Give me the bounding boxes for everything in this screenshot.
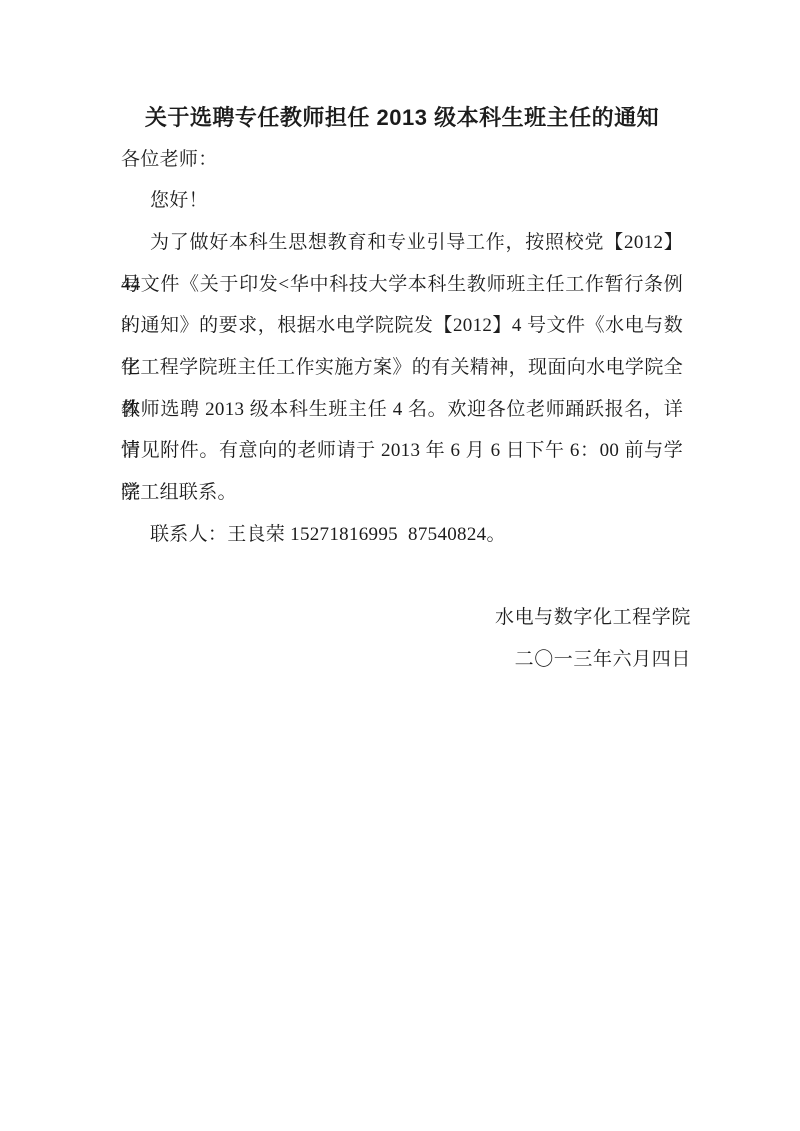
body-line: 教师选聘 2013 级本科生班主任 4 名。欢迎各位老师踊跃报名，详情 xyxy=(121,389,683,431)
body-line: 为了做好本科生思想教育和专业引导工作，按照校党【2012】44 xyxy=(121,222,683,264)
document-title: 关于选聘专任教师担任 2013 级本科生班主任的通知 xyxy=(121,97,683,139)
blank-line xyxy=(121,555,683,597)
body-line: 学工组联系。 xyxy=(121,472,683,514)
body-line: 的通知》的要求，根据水电学院院发【2012】4 号文件《水电与数字 xyxy=(121,305,683,347)
body-line: 号文件《关于印发<华中科技大学本科生教师班主任工作暂行条例> xyxy=(121,264,683,306)
contact-line: 联系人：王良荣 15271816995 87540824。 xyxy=(121,514,683,556)
document-page: 关于选聘专任教师担任 2013 级本科生班主任的通知 各位老师： 您好！ 为了做… xyxy=(0,0,800,1131)
salutation: 各位老师： xyxy=(121,139,683,181)
greeting: 您好！ xyxy=(121,180,683,222)
body-line: 请见附件。有意向的老师请于 2013 年 6 月 6 日下午 6：00 前与学院 xyxy=(121,430,683,472)
signature-org: 水电与数字化工程学院 xyxy=(121,597,691,639)
body-line: 化工程学院班主任工作实施方案》的有关精神，现面向水电学院全体 xyxy=(121,347,683,389)
document-content: 关于选聘专任教师担任 2013 级本科生班主任的通知 各位老师： 您好！ 为了做… xyxy=(121,97,683,680)
signature-date: 二〇一三年六月四日 xyxy=(121,639,691,681)
